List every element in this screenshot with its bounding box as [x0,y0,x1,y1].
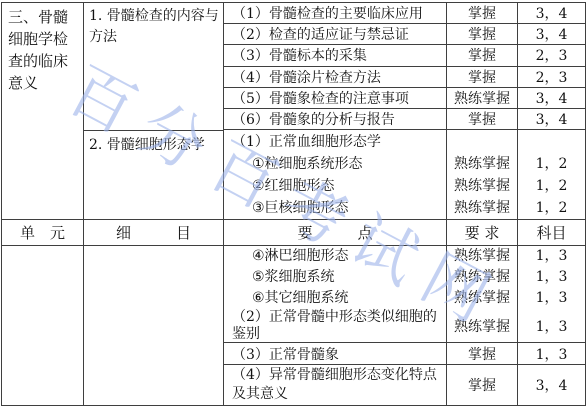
point-req-subject-columns: （1）骨髓检查的主要临床应用 掌握 3，4 （2）检查的适应证与禁忌证 掌握 3… [224,3,585,219]
table-header-row: 单 元 细 目 要 点 要 求 科目 [2,219,585,246]
section-bottom: ④淋巴细胞形态 ⑤浆细胞系统 ⑥其它细胞系统 （2）正常骨髓中形态类似细胞的鉴别… [2,246,585,405]
table-row: （4）异常骨髓细胞形态变化特点及其意义 掌握 3，4 [224,364,585,405]
point-item-wrapped: （4）异常骨髓细胞形态变化特点及其意义 [224,366,446,404]
subject-value: 1，3 [518,309,585,342]
requirement-cell: 掌握 [446,109,517,129]
point-cell: （2）检查的适应证与禁忌证 [224,24,446,44]
requirement-cell: 掌握 [446,45,517,65]
subject-value: 1，2 [518,153,585,175]
item-cell-2: 2. 骨髓细胞形态学 [84,131,223,219]
point-heading: （1）正常血细胞形态学 [224,131,446,153]
item-column: 1. 骨髓检查的内容与方法 2. 骨髓细胞形态学 [84,3,224,219]
unit-cell: 三、骨髓细胞学检查的临床意义 [2,3,84,219]
syllabus-table: 三、骨髓细胞学检查的临床意义 1. 骨髓检查的内容与方法 2. 骨髓细胞形态学 … [1,2,586,406]
requirement-value: 熟练掌握 [447,309,517,342]
point-cell: （6）骨髓象的分析与报告 [224,109,446,129]
point-cell-multiline: （1）正常血细胞形态学 ①粒细胞系统形态 ②红细胞形态 ③巨核细胞形态 [224,130,446,219]
requirement-cell-multiline: 熟练掌握 熟练掌握 熟练掌握 [446,130,517,219]
point-subitem: ⑤浆细胞系统 [224,267,446,288]
point-cell-multiline: ④淋巴细胞形态 ⑤浆细胞系统 ⑥其它细胞系统 （2）正常骨髓中形态类似细胞的鉴别 [224,246,446,342]
subject-value: 1，3 [518,267,585,288]
subject-cell-multiline: 1，3 1，3 1，3 1，3 [517,246,585,342]
requirement-value: 熟练掌握 [447,288,517,309]
table-row: （5）骨髓象检查的注意事项 熟练掌握 3，4 [224,87,585,108]
requirement-cell: 掌握 [446,343,517,364]
subject-value: 1，2 [518,197,585,219]
subject-cell: 3，4 [517,24,585,44]
requirement-value: 熟练掌握 [447,153,517,175]
header-point: 要 点 [224,220,446,245]
requirement-value: 熟练掌握 [447,197,517,219]
section-top: 三、骨髓细胞学检查的临床意义 1. 骨髓检查的内容与方法 2. 骨髓细胞形态学 … [2,3,585,219]
subject-value: 1，3 [518,288,585,309]
point-subitem: ④淋巴细胞形态 [224,246,446,267]
point-subitem: ②红细胞形态 [224,175,446,197]
point-cell: （5）骨髓象检查的注意事项 [224,88,446,108]
requirement-cell: 掌握 [446,67,517,87]
point-subitem: ①粒细胞系统形态 [224,153,446,175]
subject-cell: 2，3 [517,45,585,65]
subject-cell: 1，3 [517,343,585,364]
point-req-subject-columns-bottom: ④淋巴细胞形态 ⑤浆细胞系统 ⑥其它细胞系统 （2）正常骨髓中形态类似细胞的鉴别… [224,246,585,405]
point-cell: （4）异常骨髓细胞形态变化特点及其意义 [224,365,446,405]
subject-value: 1，3 [518,246,585,267]
requirement-cell-multiline: 熟练掌握 熟练掌握 熟练掌握 熟练掌握 [446,246,517,342]
point-cell: （3）正常骨髓象 [224,343,446,364]
point-group-3: ④淋巴细胞形态 ⑤浆细胞系统 ⑥其它细胞系统 （2）正常骨髓中形态类似细胞的鉴别… [224,246,585,342]
requirement-cell: 掌握 [446,365,517,405]
subject-cell: 3，4 [517,109,585,129]
table-row: （2）检查的适应证与禁忌证 掌握 3，4 [224,23,585,44]
requirement-value: 熟练掌握 [447,175,517,197]
subject-cell: 3，4 [517,88,585,108]
point-item-wrapped: （2）正常骨髓中形态类似细胞的鉴别 [224,309,446,343]
point-cell: （3）骨髓标本的采集 [224,45,446,65]
table-row: （3）正常骨髓象 掌握 1，3 [224,342,585,364]
requirement-cell: 掌握 [446,3,517,23]
requirement-value: 熟练掌握 [447,267,517,288]
point-cell: （4）骨髓涂片检查方法 [224,67,446,87]
table-row: （3）骨髓标本的采集 掌握 2，3 [224,44,585,65]
subject-cell-multiline: 1，2 1，2 1，2 [517,130,585,219]
point-group-2: （1）正常血细胞形态学 ①粒细胞系统形态 ②红细胞形态 ③巨核细胞形态 熟练掌握… [224,130,585,219]
table-row: （4）骨髓涂片检查方法 掌握 2，3 [224,66,585,87]
header-requirement: 要 求 [446,220,517,245]
point-cell: （1）骨髓检查的主要临床应用 [224,3,446,23]
subject-cell: 3，4 [517,365,585,405]
header-subject: 科目 [517,220,585,245]
table-row: （1）骨髓检查的主要临床应用 掌握 3，4 [224,3,585,23]
header-unit: 单 元 [2,220,84,245]
unit-cell-empty [2,246,84,405]
point-subitem: ③巨核细胞形态 [224,197,446,219]
item-cell-empty [84,246,224,405]
requirement-slot-empty [447,131,517,153]
subject-slot-empty [518,131,585,153]
requirement-cell: 掌握 [446,24,517,44]
point-group-1: （1）骨髓检查的主要临床应用 掌握 3，4 （2）检查的适应证与禁忌证 掌握 3… [224,3,585,130]
table-row: （6）骨髓象的分析与报告 掌握 3，4 [224,108,585,129]
requirement-value: 熟练掌握 [447,246,517,267]
subject-value: 1，2 [518,175,585,197]
header-item: 细 目 [84,220,224,245]
requirement-cell: 熟练掌握 [446,88,517,108]
point-subitem: ⑥其它细胞系统 [224,288,446,309]
subject-cell: 3，4 [517,3,585,23]
item-cell-1: 1. 骨髓检查的内容与方法 [84,3,223,131]
subject-cell: 2，3 [517,67,585,87]
